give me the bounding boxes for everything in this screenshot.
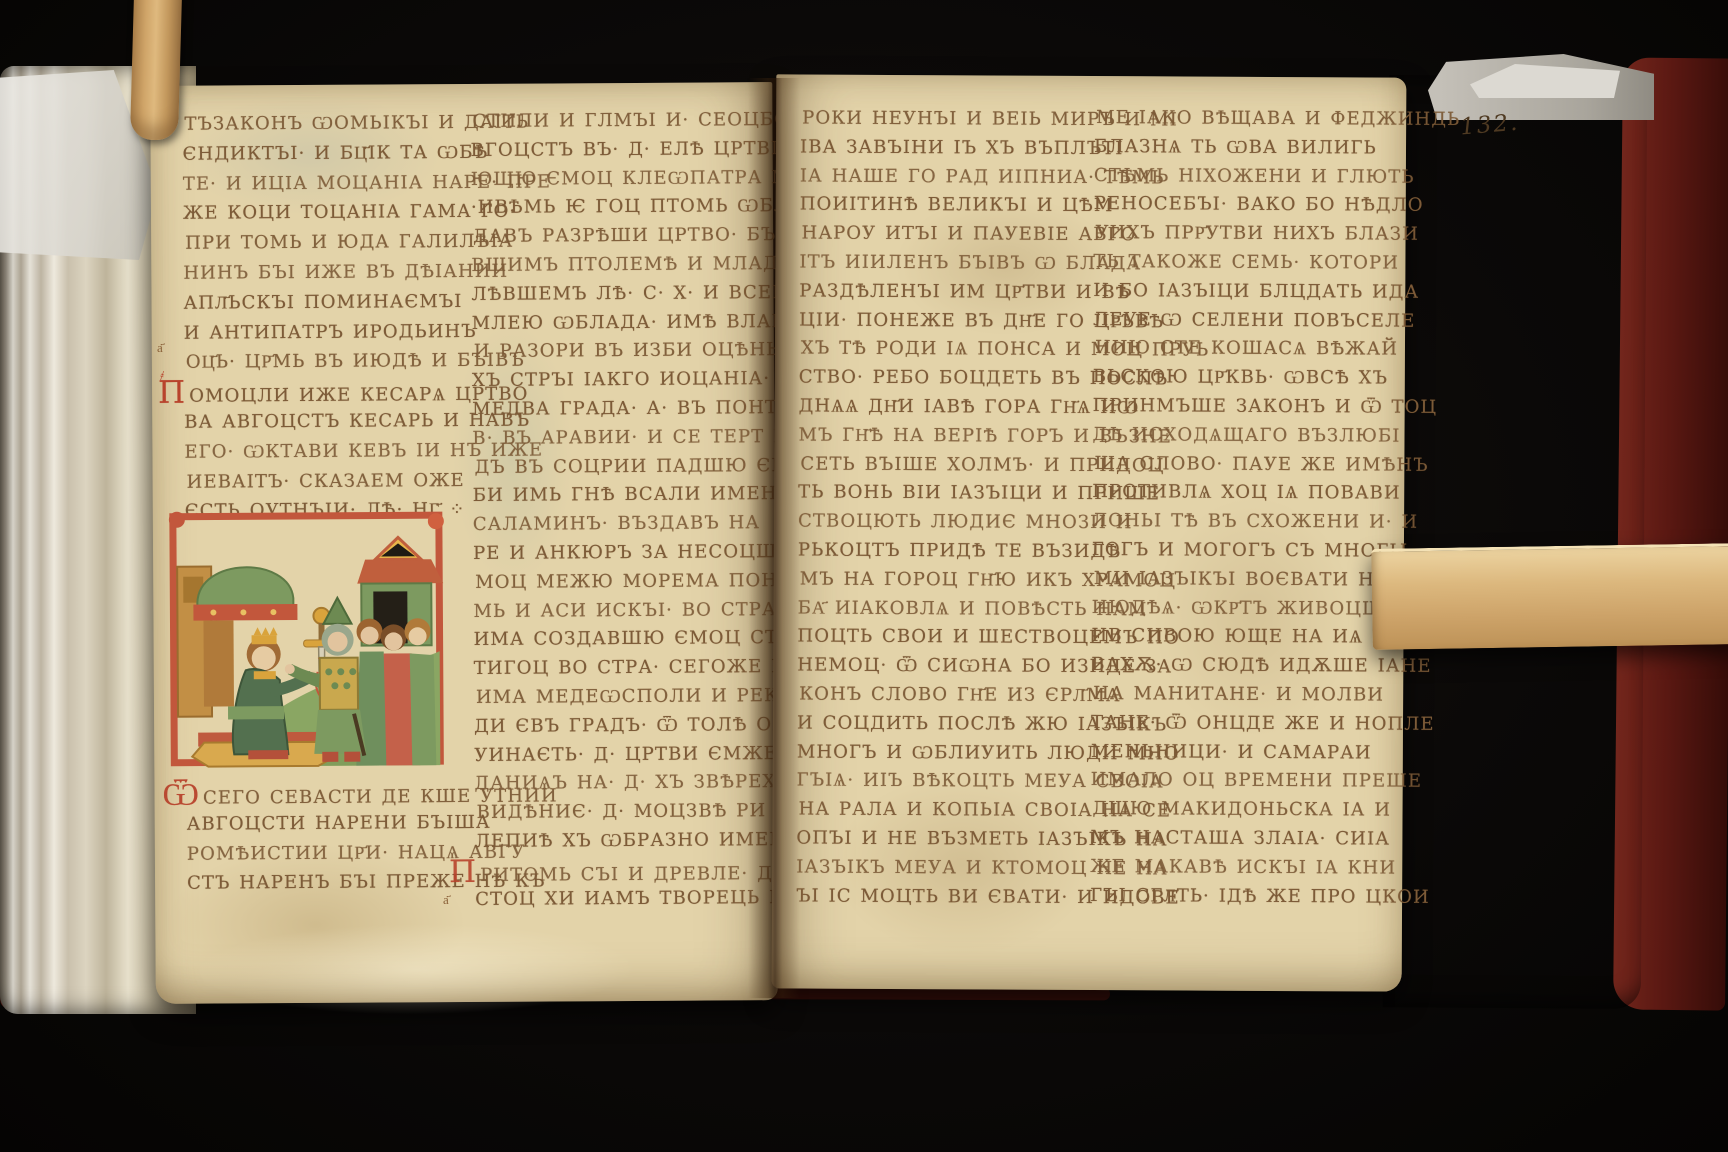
miniature-illustration: [167, 503, 447, 769]
manuscript-text-line: И БО ІАЗЪІЦИ БЛЦДАТЬ ИДА: [1093, 277, 1459, 308]
wooden-page-weight-plank: [1371, 543, 1728, 650]
manuscript-text-line: ВЬСКОЮ ЦР҃КВЬ· ѠВСѢ ХЪ: [1093, 363, 1459, 394]
manuscript-text-line: МЕНЬНИЦИ· И САМАРАИ: [1091, 738, 1457, 769]
manuscript-text-line: ЛОНЬІ ТѢ ВЪ СХОЖЕНИ И· И: [1092, 507, 1458, 538]
rubricated-initial: Ѿ: [162, 781, 200, 811]
manuscript-text-line: ВАХѪ· Ѡ СЮДѢ ИДѪШЕ ІАНЕ: [1091, 651, 1457, 682]
repair-patch: [195, 923, 636, 1016]
manuscript-text-line: ТЬ ТАКОЖЕ СЕМЬ· КОТОРИ: [1093, 248, 1459, 279]
manuscript-text-line: МЪ НАСТАША ЗЛАІА· СИІА: [1090, 824, 1456, 855]
wooden-page-holder-stick: [130, 0, 182, 141]
page-number: 132.: [1459, 110, 1520, 141]
manuscript-text-line: БЛАЗНѦ ТЬ ѠВА ВИЛИГЬ: [1094, 133, 1460, 164]
photograph-of-open-manuscript: ТЪЗАКОНЪ ѠОМЬІКЪІ И ДАІТЬЄНДИКТЪІ· И БЦ҃…: [0, 0, 1728, 1152]
manuscript-text-line: ТАНЕ· Ѿ ОНЦДЕ ЖЕ И НОПЛЕ: [1091, 709, 1457, 740]
left-manuscript-page: ТЪЗАКОНЪ ѠОМЬІКЪІ И ДАІТЬЄНДИКТЪІ· И БЦ҃…: [150, 82, 778, 1004]
book-gutter-shadow: [748, 78, 800, 998]
text-column-4: МЕ ІАКО ВѢЩАВА И ФЕДЖИНДЬБЛАЗНѦ ТЬ ѠВА В…: [1090, 104, 1460, 912]
manuscript-text-line: МЕ ІАКО ВѢЩАВА И ФЕДЖИНДЬ: [1096, 104, 1460, 135]
manuscript-text-line: ЛЕУЕ Ѡ СЕЛЕНИ ПОВЪСЕЛЕ: [1093, 306, 1459, 337]
marginal-mark: а҃: [443, 892, 449, 908]
marginal-mark: а҃: [157, 340, 163, 356]
manuscript-text-line: РЕНОСЕБЪІ· ВАКО БО НѢДЛО: [1094, 190, 1460, 221]
manuscript-text-line: ГЪІ СГЛ҃ТЬ· ІДѢ ЖЕ ПРО ЦКОИ: [1090, 882, 1456, 913]
manuscript-text-line: СТѢМЬ НІХОЖЕНИ И ГЛЮТЬ: [1094, 162, 1460, 193]
manuscript-text-line: ША СЛОВО· ПАУЕ ЖЕ ИМѢНЪ: [1094, 450, 1458, 481]
rubricated-initial: П: [449, 858, 477, 887]
manuscript-text-line: ДѢ ИСХОДѦЩАГО ВЪЗЛЮБІ: [1092, 421, 1458, 452]
manuscript-text-line: ЖЕ МАКАВѢ ИСКЪІ ІА КНИ: [1090, 853, 1456, 884]
manuscript-text-line: ПРОТИВЛѦ ХОЦ ІѦ ПОВАВИ: [1092, 478, 1458, 509]
manuscript-text-line: УИХЪ ПРР҃УТВИ НИХЪ БЛАЗИ: [1095, 219, 1459, 250]
manuscript-text-line: ДШЮ МАКИДОНЬСКА ІА И: [1092, 795, 1456, 826]
manuscript-text-line: НИЮ СТЕ КОШАСѦ ВѢЖАЙ: [1095, 334, 1459, 365]
manuscript-text-line: НА МАНИТАНЕ· И МОЛВИ: [1093, 680, 1457, 711]
manuscript-text-line: ПРИНМЪШЕ ЗАКОНЪ И Ѿ ТОЦ: [1093, 392, 1459, 423]
marginal-mark-red: ҂: [160, 368, 164, 384]
manuscript-text-line: ИМАЛО ОЦ ВРЕМЕНИ ПРЕШЕ: [1091, 766, 1457, 797]
right-manuscript-page: 132. РОКИ НЕУНЪІ И ВЕІЬ МИРЪ И МІІВА ЗАВ…: [772, 74, 1407, 991]
